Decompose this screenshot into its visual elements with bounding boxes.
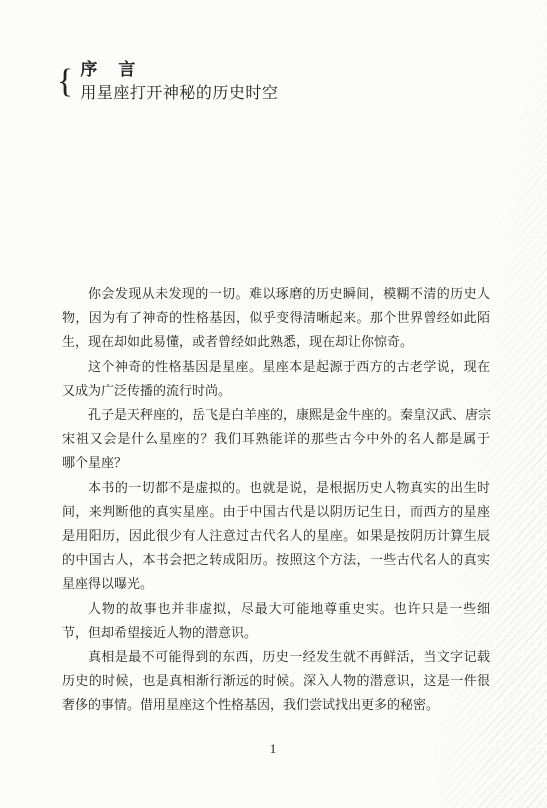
text-line: 生，现在却如此易懂，或者曾经如此熟悉，现在却让你惊奇。 (62, 330, 490, 354)
preface-subtitle: 用星座打开神秘的历史时空 (80, 85, 278, 103)
page-number: 1 (0, 741, 547, 757)
text-line: 星座得以曝光。 (62, 572, 490, 596)
paragraph: 孔子是天秤座的，岳飞是白羊座的，康熙是金牛座的。秦皇汉武、唐宗宋祖又会是什么星座… (62, 403, 490, 476)
text-line: 奢侈的事情。借用星座这个性格基因，我们尝试找出更多的秘密。 (62, 693, 490, 717)
paragraph: 这个神奇的性格基因是星座。星座本是起源于西方的古老学说，现在又成为广泛传播的流行… (62, 355, 490, 403)
book-page: { 序 言 用星座打开神秘的历史时空 你会发现从未发现的一切。难以琢磨的历史瞬间… (0, 0, 547, 808)
preface-header: { 序 言 用星座打开神秘的历史时空 (57, 61, 278, 103)
paragraph: 真相是最不可能得到的东西，历史一经发生就不再鲜活，当文字记载历史的时候，也是真相… (62, 645, 490, 718)
text-line: 物，因为有了神奇的性格基因，似乎变得清晰起来。那个世界曾经如此陌 (62, 306, 490, 330)
text-line: 哪个星座？ (62, 451, 490, 475)
text-line: 你会发现从未发现的一切。难以琢磨的历史瞬间，模糊不清的历史人 (62, 282, 490, 306)
text-line: 间，来判断他的真实星座。由于中国古代是以阴历记生日，而西方的星座 (62, 500, 490, 524)
text-line: 宋祖又会是什么星座的？我们耳熟能详的那些古今中外的名人都是属于 (62, 427, 490, 451)
paragraph: 你会发现从未发现的一切。难以琢磨的历史瞬间，模糊不清的历史人物，因为有了神奇的性… (62, 282, 490, 355)
text-line: 又成为广泛传播的流行时尚。 (62, 379, 490, 403)
text-line: 这个神奇的性格基因是星座。星座本是起源于西方的古老学说，现在 (62, 355, 490, 379)
text-line: 人物的故事也并非虚拟，尽最大可能地尊重史实。也许只是一些细 (62, 597, 490, 621)
paragraph: 人物的故事也并非虚拟，尽最大可能地尊重史实。也许只是一些细节，但却希望接近人物的… (62, 597, 490, 645)
text-line: 真相是最不可能得到的东西，历史一经发生就不再鲜活，当文字记载 (62, 645, 490, 669)
body-text: 你会发现从未发现的一切。难以琢磨的历史瞬间，模糊不清的历史人物，因为有了神奇的性… (62, 282, 490, 718)
paragraph: 本书的一切都不是虚拟的。也就是说，是根据历史人物真实的出生时间，来判断他的真实星… (62, 476, 490, 597)
text-line: 历史的时候，也是真相渐行渐远的时候。深入人物的潜意识，这是一件很 (62, 669, 490, 693)
text-line: 节，但却希望接近人物的潜意识。 (62, 621, 490, 645)
brace-decoration: { (57, 65, 73, 99)
text-line: 的中国古人，本书会把之转成阳历。按照这个方法，一些古代名人的真实 (62, 548, 490, 572)
text-line: 是用阳历，因此很少有人注意过古代名人的星座。如果是按阴历计算生辰 (62, 524, 490, 548)
preface-titles: 序 言 用星座打开神秘的历史时空 (80, 61, 278, 103)
text-line: 本书的一切都不是虚拟的。也就是说，是根据历史人物真实的出生时 (62, 476, 490, 500)
text-line: 孔子是天秤座的，岳飞是白羊座的，康熙是金牛座的。秦皇汉武、唐宗 (62, 403, 490, 427)
preface-title: 序 言 (80, 61, 278, 80)
